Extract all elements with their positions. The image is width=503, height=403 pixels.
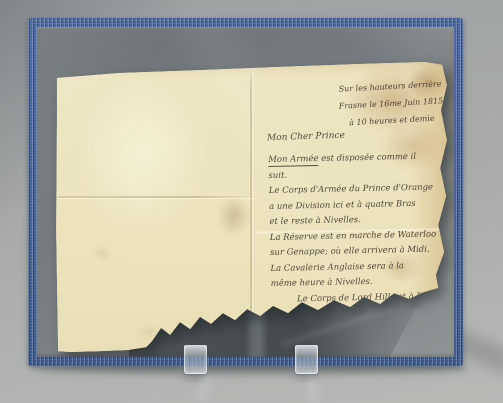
- letter-script: Sur les hauteurs derrière Frasne le 16me…: [55, 62, 448, 352]
- photo-backdrop: Sur les hauteurs derrière Frasne le 16me…: [0, 0, 503, 403]
- picture-frame: Sur les hauteurs derrière Frasne le 16me…: [28, 18, 463, 366]
- letter-heading: Sur les hauteurs derrière Frasne le 16me…: [328, 75, 454, 132]
- easel-foot-right: [295, 345, 318, 374]
- letter-paper: Sur les hauteurs derrière Frasne le 16me…: [55, 62, 448, 352]
- opening-rest: est disposée comme il: [318, 152, 416, 164]
- frame-matte: Sur les hauteurs derrière Frasne le 16me…: [37, 27, 454, 357]
- letter-torn-fragment-line: le Comte: [271, 304, 451, 323]
- letter-body-line: Le Corps de Lord Hill est à Braine: [271, 289, 451, 308]
- letter-body: Mon Armée est disposée comme il suit. Le…: [268, 149, 452, 323]
- underlined-phrase: Mon Armée: [268, 154, 319, 167]
- easel-foot-left: [184, 345, 207, 374]
- letter-salutation: Mon Cher Prince: [267, 131, 345, 144]
- letter-paper-shadow-wrap: Sur les hauteurs derrière Frasne le 16me…: [55, 62, 448, 352]
